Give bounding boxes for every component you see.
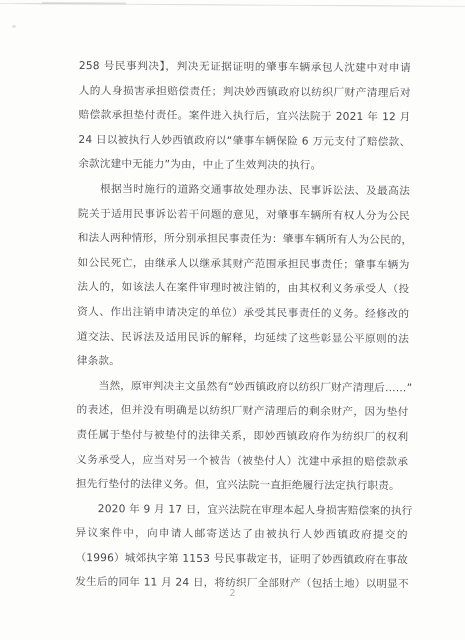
- text-line: 当然，原审判决主文虽然有“妙西镇政府以纺织厂财产清理后……”: [77, 374, 409, 401]
- scan-speck-artifact: [12, 25, 16, 28]
- paragraph-3: 当然，原审判决主文虽然有“妙西镇政府以纺织厂财产清理后……” 的表述，但并没有明…: [76, 374, 409, 499]
- document-text: 258 号民事判决】，判决无证据证明的肇事车辆承包人沈建中对申请 人的人身损害承…: [75, 54, 411, 597]
- scanned-page: 258 号民事判决】，判决无证据证明的肇事车辆承包人沈建中对申请 人的人身损害承…: [0, 0, 465, 640]
- scan-edge-artifact-dark: [42, 2, 126, 4]
- text-line: 的表述，但并没有明确是以纺织厂财产清理后的剩余财产，因为垫付: [76, 398, 408, 425]
- paragraph-2: 根据当时施行的道路交通事故处理办法、民事诉讼法、及最高法 院关于适用民事诉讼若干…: [77, 177, 410, 376]
- text-line: 和法人两种情形，所分别承担民事责任为：肇事车辆所有人为公民的，: [78, 226, 410, 253]
- text-line: 余款沈建中无能力”为由，中止了生效判决的执行。: [78, 152, 410, 179]
- text-line: 258 号民事判决】，判决无证据证明的肇事车辆承包人沈建中对申请: [79, 54, 411, 81]
- paragraph-4: 2020 年 9 月 17 日，宜兴法院在审理本起人身损害赔偿案的执行 异议案件…: [75, 497, 408, 598]
- paragraph-1: 258 号民事判决】，判决无证据证明的肇事车辆承包人沈建中对申请 人的人身损害承…: [78, 54, 411, 179]
- text-line: （1996）城郊执字第 1153 号民事裁定书，证明了妙西镇政府在事故: [75, 546, 407, 573]
- text-line: 院关于适用民事诉讼若干问题的意见，对肇事车辆所有权人分为公民: [78, 202, 410, 229]
- text-line: 人的人身损害承担赔偿责任；判决妙西镇政府以纺织厂财产清理后对: [79, 79, 411, 106]
- text-line: 2020 年 9 月 17 日，宜兴法院在审理本起人身损害赔偿案的执行: [76, 497, 408, 524]
- text-line: 律条款。: [77, 349, 409, 376]
- text-line: 道交法、民诉法及适用民诉的解释，均延续了这些彰显公平原则的法: [77, 325, 409, 352]
- text-line: 24 日以被执行人妙西镇政府以“肇事车辆保险 6 万元支付了赔偿款、: [78, 128, 410, 155]
- page-number: 2: [0, 588, 465, 599]
- text-line: 如公民死亡，由继承人以继承其财产范围承担民事责任；肇事车辆为: [77, 251, 409, 278]
- text-line: 根据当时施行的道路交通事故处理办法、民事诉讼法、及最高法: [78, 177, 410, 204]
- text-line: 资人、作出注销申请决定的单位）承受其民事责任的义务。经修改的: [77, 300, 409, 327]
- text-line: 法人的，如该法人在案件审理时被注销的，由其权利义务承受人（投: [77, 275, 409, 302]
- text-line: 担先行垫付的法律义务。但，宜兴法院一直拒绝履行法定执行职责。: [76, 472, 408, 499]
- text-line: 赔偿款承担垫付责任。案件进入执行后，宜兴法院于 2021 年 12 月: [78, 103, 410, 130]
- text-line: 责任属于垫付与被垫付的法律关系，即妙西镇政府作为纺织厂的权利: [76, 423, 408, 450]
- text-line: 异议案件中，向申请人邮寄送达了由被执行人妙西镇政府提交的: [76, 521, 408, 548]
- text-line: 义务承受人，应当对另一个被告（被垫付人）沈建中承担的赔偿款承: [76, 447, 408, 474]
